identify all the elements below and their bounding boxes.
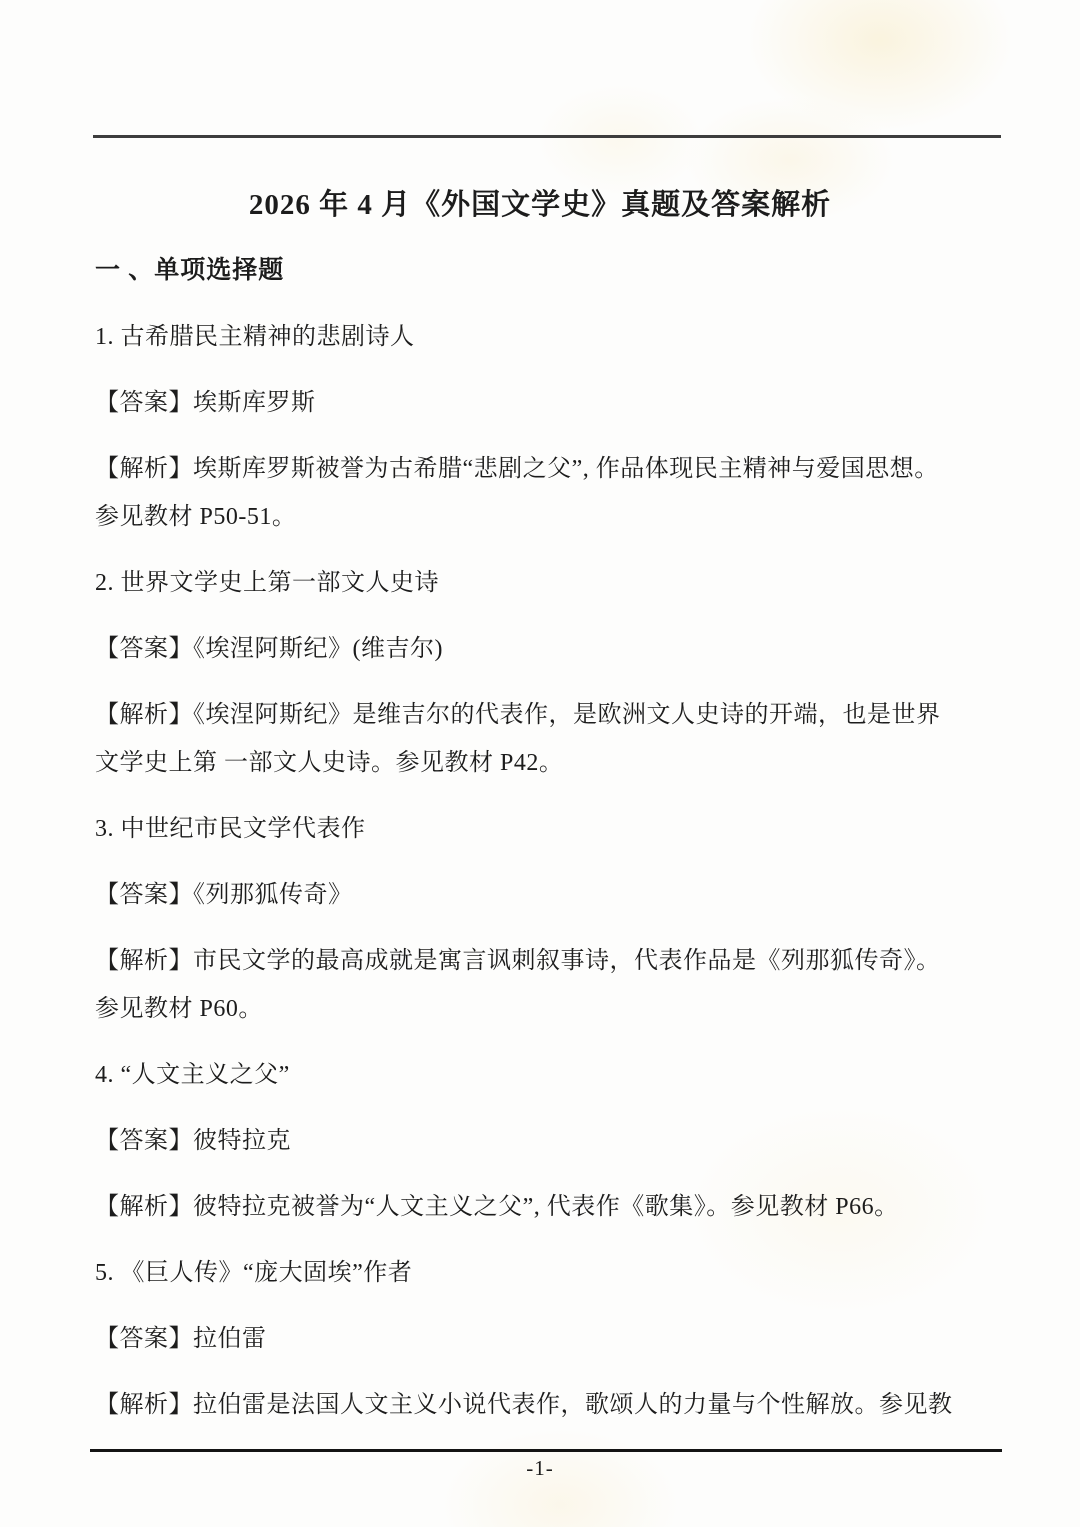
analysis-line: 【解析】拉伯雷是法国人文主义小说代表作，歌颂人的力量与个性解放。参见教 bbox=[95, 1381, 985, 1429]
analysis-block-1: 【解析】埃斯库罗斯被誉为古希腊“悲剧之父”, 作品体现民主精神与爱国思想。 参见… bbox=[95, 445, 985, 541]
analysis-line: 参见教材 P60。 bbox=[95, 985, 985, 1033]
question-line: 4. “人文主义之父” bbox=[95, 1051, 985, 1099]
analysis-block-5: 【解析】拉伯雷是法国人文主义小说代表作，歌颂人的力量与个性解放。参见教 bbox=[95, 1381, 985, 1429]
question-block-4: 4. “人文主义之父” bbox=[95, 1051, 985, 1099]
document-title: 2026 年 4 月《外国文学史》真题及答案解析 bbox=[95, 181, 985, 229]
answer-block-5: 【答案】拉伯雷 bbox=[95, 1315, 985, 1363]
analysis-block-3: 【解析】市民文学的最高成就是寓言讽刺叙事诗，代表作品是《列那狐传奇》。 参见教材… bbox=[95, 937, 985, 1033]
question-line: 1. 古希腊民主精神的悲剧诗人 bbox=[95, 313, 985, 361]
question-block-5: 5. 《巨人传》“庞大固埃”作者 bbox=[95, 1249, 985, 1297]
question-block-1: 1. 古希腊民主精神的悲剧诗人 bbox=[95, 313, 985, 361]
analysis-line: 【解析】市民文学的最高成就是寓言讽刺叙事诗，代表作品是《列那狐传奇》。 bbox=[95, 937, 985, 985]
answer-line: 【答案】拉伯雷 bbox=[95, 1315, 985, 1363]
answer-line: 【答案】《列那狐传奇》 bbox=[95, 871, 985, 919]
answer-block-2: 【答案】《埃涅阿斯纪》(维吉尔) bbox=[95, 625, 985, 673]
answer-line: 【答案】彼特拉克 bbox=[95, 1117, 985, 1165]
document-content: 2026 年 4 月《外国文学史》真题及答案解析 一 、单项选择题 1. 古希腊… bbox=[95, 181, 985, 1447]
analysis-block-2: 【解析】《埃涅阿斯纪》是维吉尔的代表作，是欧洲文人史诗的开端，也是世界 文学史上… bbox=[95, 691, 985, 787]
section-heading: 一 、单项选择题 bbox=[95, 247, 985, 295]
question-line: 5. 《巨人传》“庞大固埃”作者 bbox=[95, 1249, 985, 1297]
question-line: 2. 世界文学史上第一部文人史诗 bbox=[95, 559, 985, 607]
analysis-line: 参见教材 P50-51。 bbox=[95, 493, 985, 541]
analysis-line: 【解析】埃斯库罗斯被誉为古希腊“悲剧之父”, 作品体现民主精神与爱国思想。 bbox=[95, 445, 985, 493]
analysis-line: 【解析】《埃涅阿斯纪》是维吉尔的代表作，是欧洲文人史诗的开端，也是世界 bbox=[95, 691, 985, 739]
analysis-block-4: 【解析】彼特拉克被誉为“人文主义之父”, 代表作《歌集》。参见教材 P66。 bbox=[95, 1183, 985, 1231]
answer-line: 【答案】埃斯库罗斯 bbox=[95, 379, 985, 427]
page-number: -1- bbox=[0, 1456, 1080, 1481]
analysis-line: 文学史上第 一部文人史诗。参见教材 P42。 bbox=[95, 739, 985, 787]
answer-block-3: 【答案】《列那狐传奇》 bbox=[95, 871, 985, 919]
analysis-line: 【解析】彼特拉克被誉为“人文主义之父”, 代表作《歌集》。参见教材 P66。 bbox=[95, 1183, 985, 1231]
answer-block-1: 【答案】埃斯库罗斯 bbox=[95, 379, 985, 427]
header-rule bbox=[93, 135, 1001, 138]
answer-block-4: 【答案】彼特拉克 bbox=[95, 1117, 985, 1165]
question-block-2: 2. 世界文学史上第一部文人史诗 bbox=[95, 559, 985, 607]
question-line: 3. 中世纪市民文学代表作 bbox=[95, 805, 985, 853]
footer-rule bbox=[90, 1449, 1002, 1452]
answer-line: 【答案】《埃涅阿斯纪》(维吉尔) bbox=[95, 625, 985, 673]
question-block-3: 3. 中世纪市民文学代表作 bbox=[95, 805, 985, 853]
